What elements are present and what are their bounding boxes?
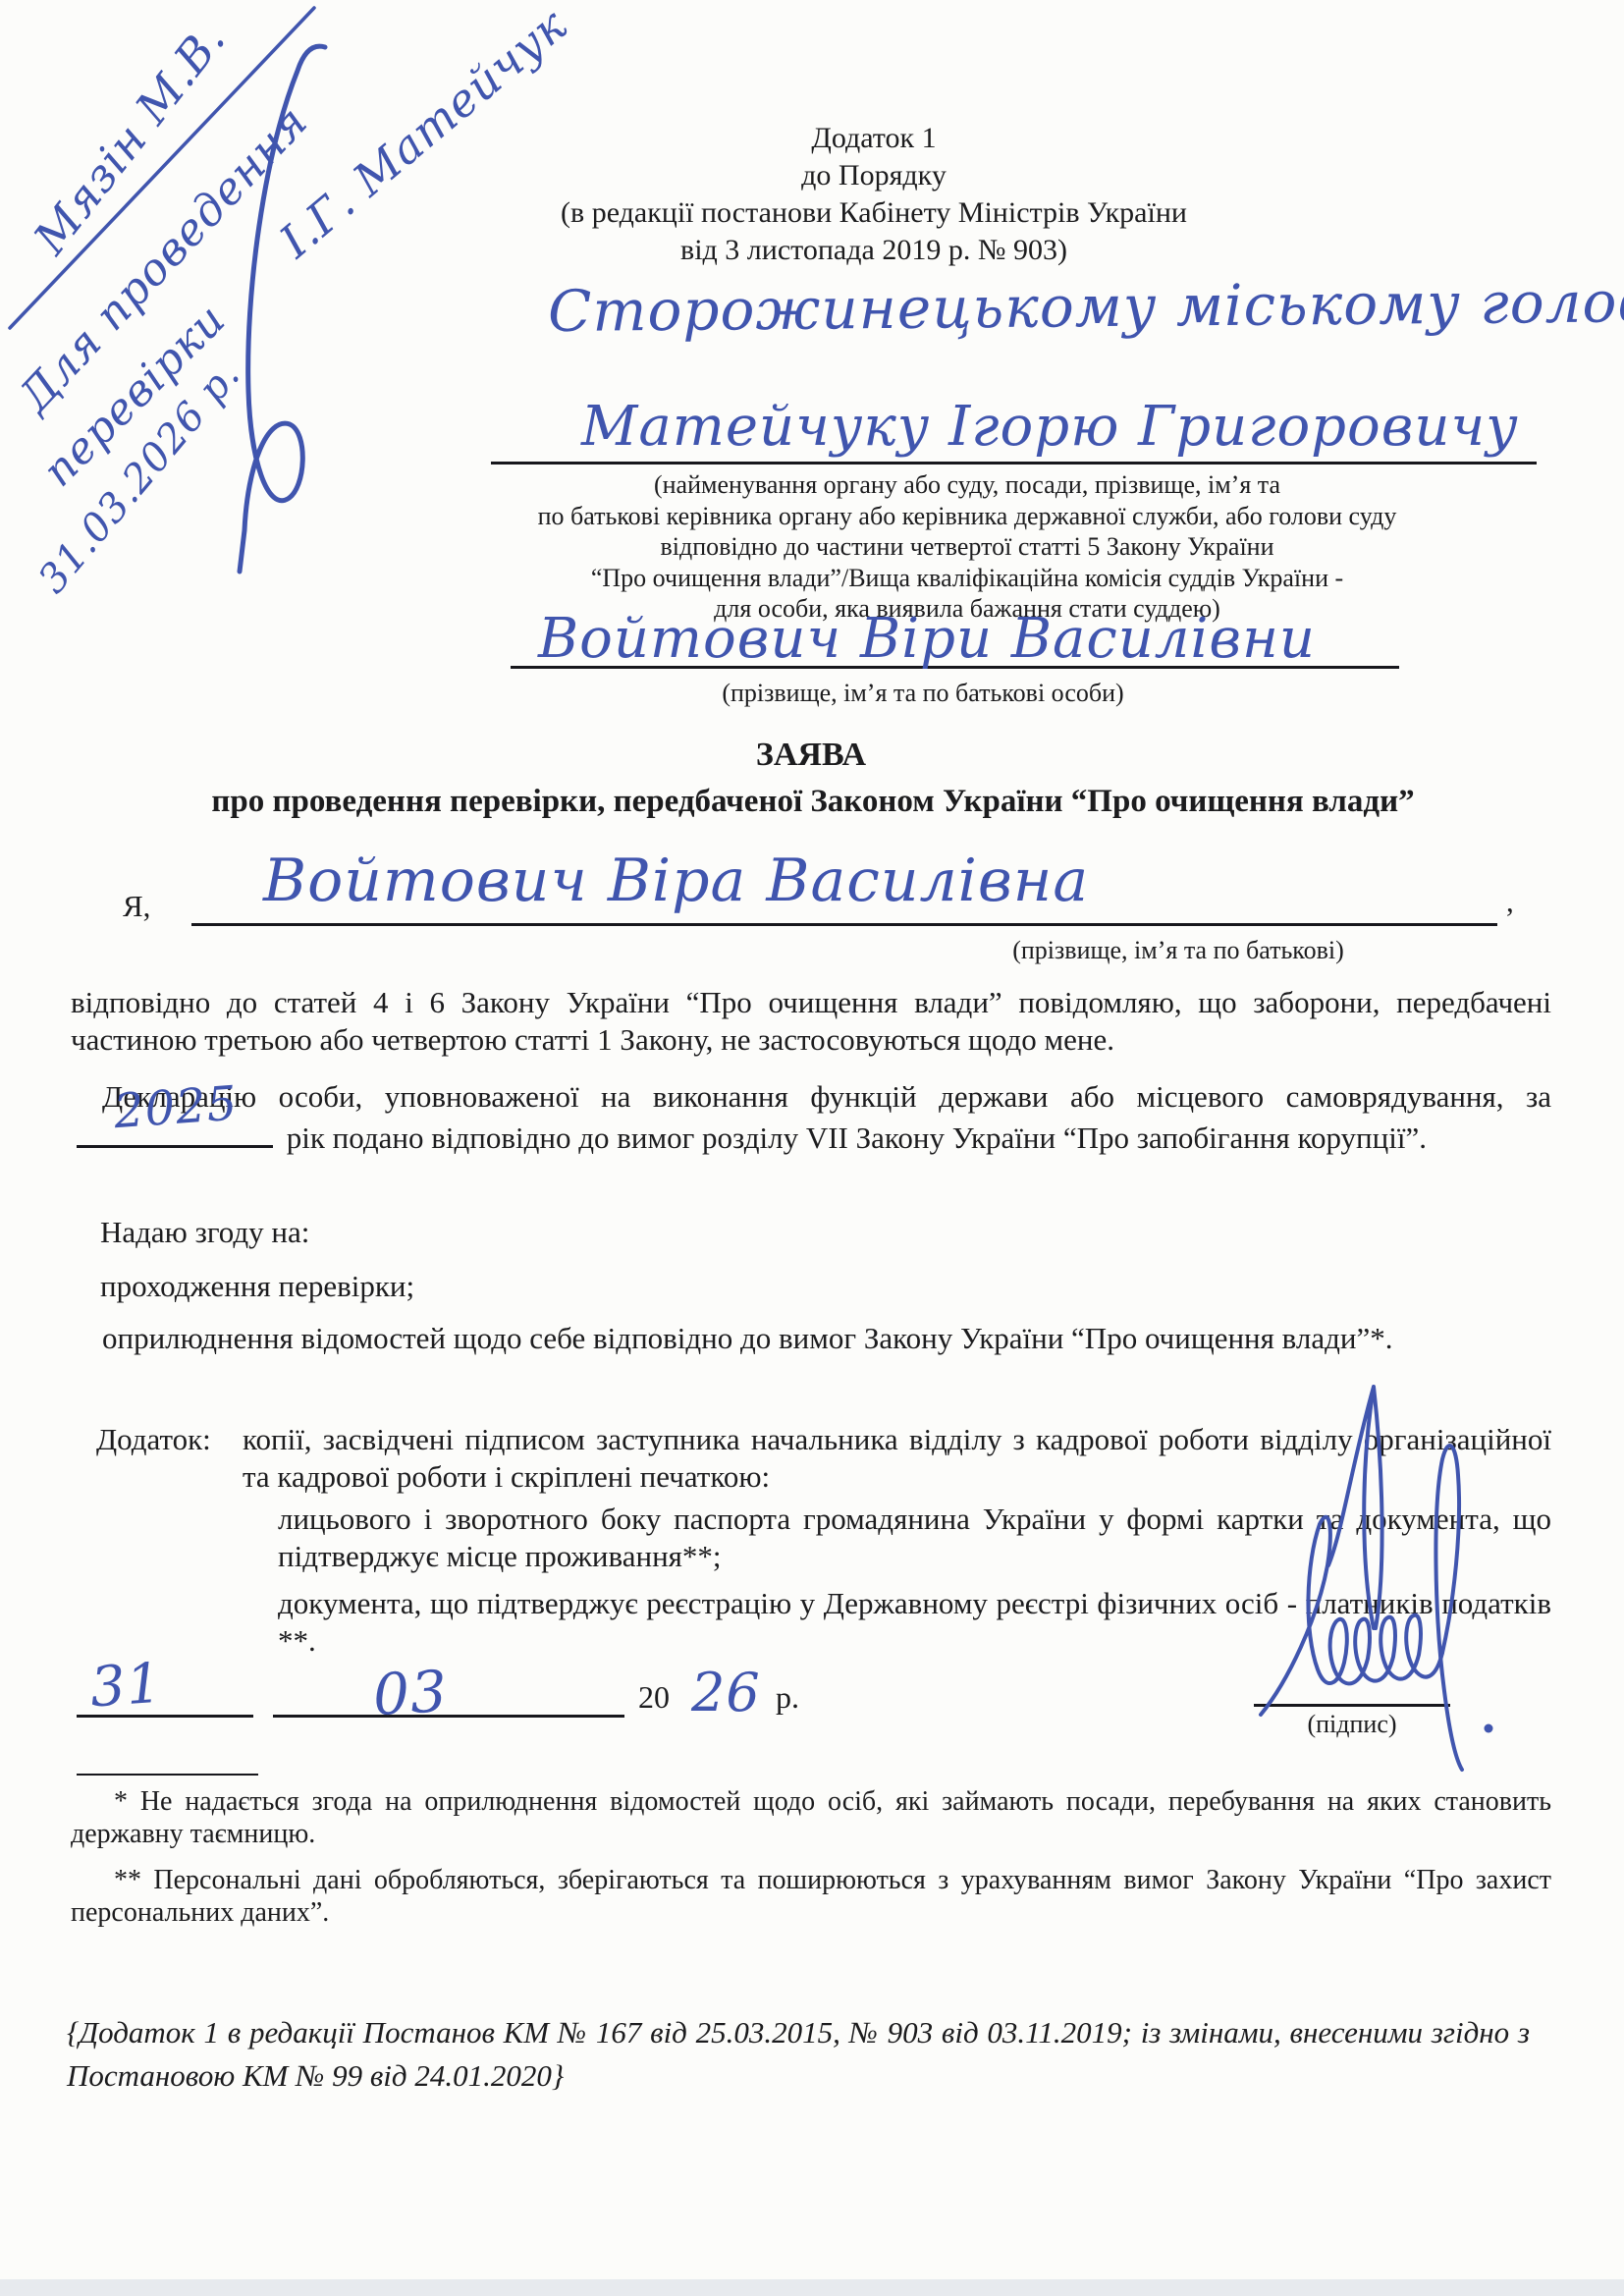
consent-item-publication: оприлюднення відомостей щодо себе відпов… xyxy=(71,1320,1551,1357)
appendix-header: Додаток 1 до Порядку (в редакції постано… xyxy=(442,120,1306,269)
addressee-caption-line3: відповідно до частини четвертої статті 5… xyxy=(334,531,1600,563)
addressee-name-handwriting: Матейчуку Ігорю Григоровичу xyxy=(581,395,1519,459)
person-name-caption: (прізвище, ім’я та по батькові особи) xyxy=(628,678,1218,709)
statement-paragraph: відповідно до статей 4 і 6 Закону Україн… xyxy=(71,984,1551,1059)
applicant-line-comma: , xyxy=(1506,884,1514,919)
scanned-application-page: Мязін М.В. Для проведення перевірки 31.0… xyxy=(0,0,1624,2296)
date-day-handwriting: 31 xyxy=(88,1652,165,1721)
date-year-handwriting: 26 xyxy=(691,1662,761,1723)
date-year-prefix: 20 xyxy=(638,1679,670,1716)
date-month-underline xyxy=(273,1685,624,1718)
pronoun-label: Я, xyxy=(123,889,150,924)
footnote-divider xyxy=(77,1754,258,1776)
addressee-position-handwriting: Сторожинецькому міському голові xyxy=(548,268,1624,345)
footnote-secrecy: * Не надається згода на оприлюднення від… xyxy=(71,1785,1551,1850)
declaration-year-field: 2025 xyxy=(77,1116,273,1148)
consent-intro: Надаю згоду на: xyxy=(100,1214,309,1251)
appendix-header-line4: від 3 листопада 2019 р. № 903) xyxy=(442,232,1306,269)
declaration-paragraph-before: Декларацію особи, уповноваженої на викон… xyxy=(102,1079,1551,1114)
scan-edge-artifact xyxy=(0,2279,1624,2296)
footnote-personal-data: ** Персональні дані обробляються, зберіг… xyxy=(71,1864,1551,1929)
attachment-column: копії, засвідчені підписом заступника на… xyxy=(243,1421,1551,1660)
declaration-paragraph: Декларацію особи, уповноваженої на викон… xyxy=(71,1078,1551,1157)
person-name-handwriting: Войтович Віри Василівни xyxy=(538,607,1316,671)
appendix-header-line1: Додаток 1 xyxy=(442,120,1306,157)
appendix-header-line2: до Порядку xyxy=(442,157,1306,194)
addressee-caption-line1: (найменування органу або суду, посади, п… xyxy=(334,469,1600,501)
addressee-caption-line4: “Про очищення влади”/Вища кваліфікаційна… xyxy=(334,563,1600,594)
document-title: ЗАЯВА xyxy=(71,737,1551,774)
document-subtitle: про проведення перевірки, передбаченої З… xyxy=(47,784,1579,820)
appendix-header-line3: (в редакції постанови Кабінету Міністрів… xyxy=(442,194,1306,232)
signature-caption: (підпис) xyxy=(1254,1709,1450,1740)
consent-item-verification: проходження перевірки; xyxy=(100,1268,414,1305)
applicant-name-caption: (прізвище, ім’я та по батькові) xyxy=(884,935,1473,966)
revision-note: {Додаток 1 в редакції Постанов КМ № 167 … xyxy=(67,2011,1530,2098)
signature-underline xyxy=(1254,1674,1450,1707)
applicant-name-handwriting: Войтович Віра Василівна xyxy=(263,847,1089,915)
attachment-intro: копії, засвідчені підписом заступника на… xyxy=(243,1421,1551,1496)
attachment-label: Додаток: xyxy=(96,1421,211,1458)
date-month-handwriting: 03 xyxy=(371,1658,449,1728)
attachment-item-registry: документа, що підтверджує реєстрацію у Д… xyxy=(278,1585,1551,1660)
addressee-caption: (найменування органу або суду, посади, п… xyxy=(334,469,1600,625)
date-year-unit: р. xyxy=(776,1679,799,1716)
declaration-paragraph-after: рік подано відповідно до вимог розділу V… xyxy=(287,1121,1427,1155)
addressee-caption-line2: по батькові керівника органу або керівни… xyxy=(334,501,1600,532)
attachment-item-passport: лицьового і зворотного боку паспорта гро… xyxy=(278,1501,1551,1575)
